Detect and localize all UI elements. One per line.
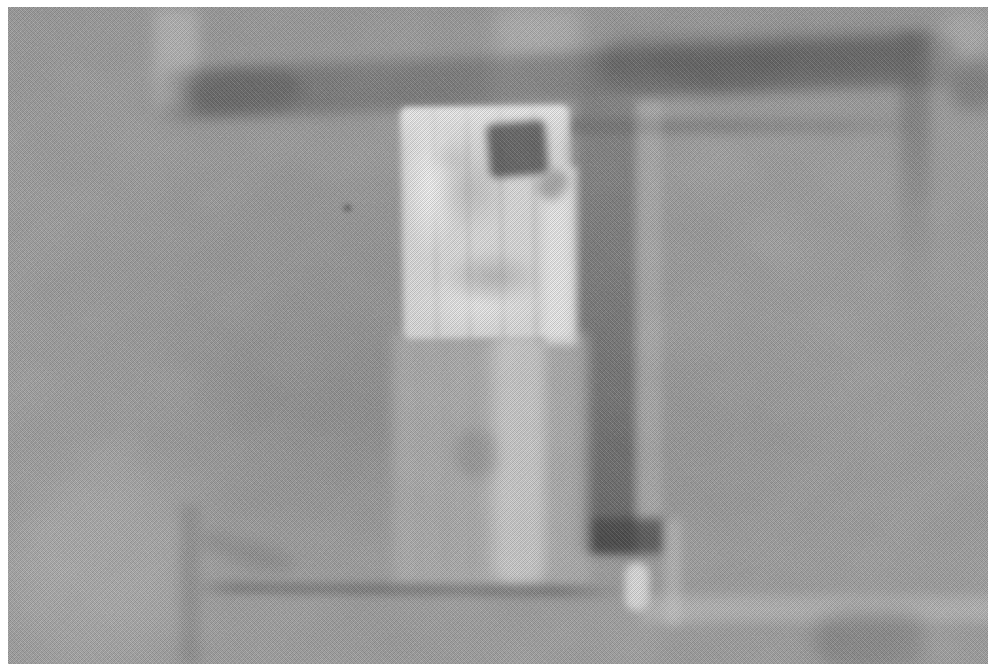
patent-photo-figure — [0, 0, 1000, 672]
film-grain-overlay — [8, 7, 988, 664]
photograph — [8, 7, 988, 664]
